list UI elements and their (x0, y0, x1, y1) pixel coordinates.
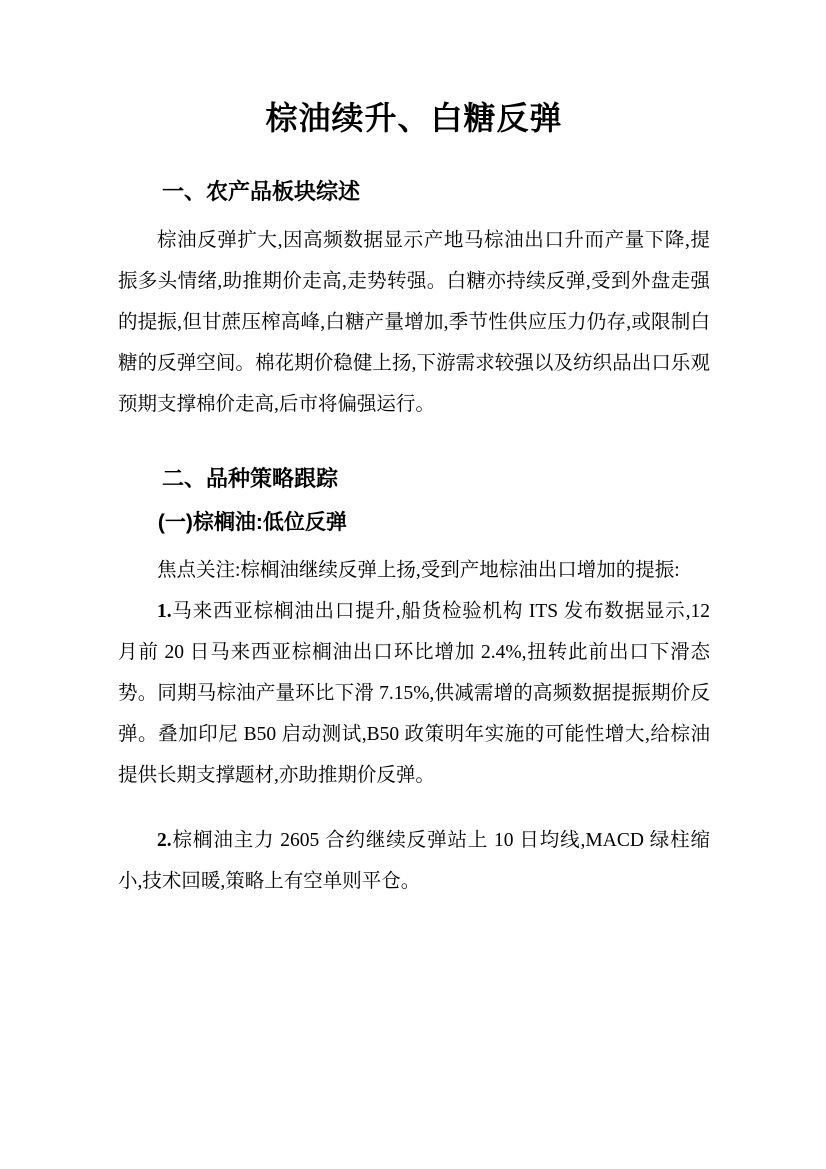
point-1-text: 马来西亚棕榈油出口提升,船货检验机构 ITS 发布数据显示,12 月前 20 日… (118, 601, 710, 786)
strategy-point-1: 1.马来西亚棕榈油出口提升,船货检验机构 ITS 发布数据显示,12 月前 20… (118, 591, 710, 796)
overview-paragraph: 棕油反弹扩大,因高频数据显示产地马棕油出口升而产量下降,提振多头情绪,助推期价走… (118, 220, 710, 425)
subsection-heading-palm-oil: (一)棕榈油:低位反弹 (118, 509, 710, 537)
point-1-number: 1. (157, 601, 172, 622)
point-2-text: 棕榈油主力 2605 合约继续反弹站上 10 日均线,MACD 绿柱缩小,技术回… (118, 830, 710, 892)
document-title: 棕油续升、白糖反弹 (118, 96, 710, 140)
section-heading-strategy: 二、品种策略跟踪 (118, 465, 710, 493)
point-2-number: 2. (157, 830, 172, 851)
document-page: 棕油续升、白糖反弹 一、农产品板块综述 棕油反弹扩大,因高频数据显示产地马棕油出… (0, 0, 826, 1169)
focus-line: 焦点关注:棕榈油继续反弹上扬,受到产地棕油出口增加的提振: (118, 550, 710, 591)
strategy-point-2: 2.棕榈油主力 2605 合约继续反弹站上 10 日均线,MACD 绿柱缩小,技… (118, 820, 710, 902)
section-heading-overview: 一、农产品板块综述 (118, 178, 710, 206)
